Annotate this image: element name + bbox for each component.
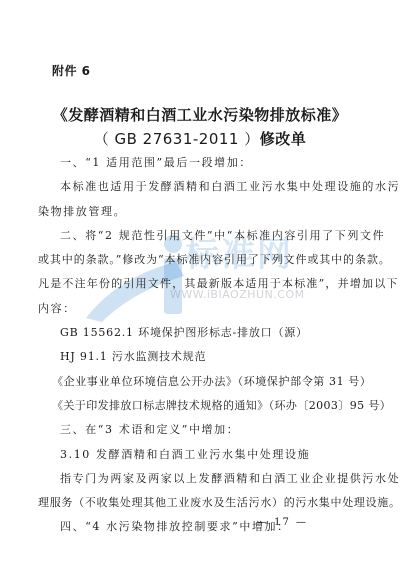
document-page: 附件 6 《发酵酒精和白酒工业水污染物排放标准》 （ GB 27631-2011… — [0, 0, 400, 566]
document-body: 一、“1 适用范围”最后一段增加： 本标准也适用于发酵酒精和白酒工业污水集中处理… — [38, 151, 358, 540]
paragraph: 凡是不注年份的引用文件，其最新版本适用于本标准”，并增加以下 — [38, 272, 358, 296]
paragraph: 染物排放管理。 — [38, 200, 358, 224]
amendment-label: 修改单 — [260, 130, 307, 148]
paragraph: 或其中的条款。”修改为“本标准内容引用了下列文件或其中的条款。 — [38, 248, 358, 272]
section-4-heading: 四、“4 水污染物排放控制要求”中增加： — [38, 515, 358, 539]
reference-item: GB 15562.1 环境保护图形标志-排放口（源） — [38, 321, 358, 345]
section-3-heading: 三、在“3 术语和定义”中增加： — [38, 418, 358, 442]
reference-item: 《关于印发排放口标志牌技术规格的通知》（环办〔2003〕95 号） — [38, 394, 358, 418]
term-heading: 3.10 发酵酒精和白酒工业污水集中处理设施 — [38, 443, 358, 467]
paragraph: 内容： — [38, 297, 358, 321]
standard-code: （ GB 27631-2011 ） — [94, 130, 260, 148]
reference-item: 《企业事业单位环境信息公开办法》（环境保护部令第 31 号） — [38, 370, 358, 394]
page-number: — 17 — — [257, 517, 308, 528]
document-title: 《发酵酒精和白酒工业水污染物排放标准》 — [0, 104, 400, 125]
attachment-label: 附件 6 — [52, 62, 91, 79]
paragraph: 理服务（不收集处理其他工业废水及生活污水）的污水集中处理设施。 — [38, 491, 358, 515]
paragraph: 指专门为两家及两家以上发酵酒精和白酒工业企业提供污水处 — [38, 467, 358, 491]
section-2-heading: 二、将“2 规范性引用文件”中“本标准内容引用了下列文件 — [38, 224, 358, 248]
reference-item: HJ 91.1 污水监测技术规范 — [38, 345, 358, 369]
document-subtitle: （ GB 27631-2011 ）修改单 — [0, 128, 400, 149]
paragraph: 本标准也适用于发酵酒精和白酒工业污水集中处理设施的水污 — [38, 175, 358, 199]
section-1-heading: 一、“1 适用范围”最后一段增加： — [38, 151, 358, 175]
